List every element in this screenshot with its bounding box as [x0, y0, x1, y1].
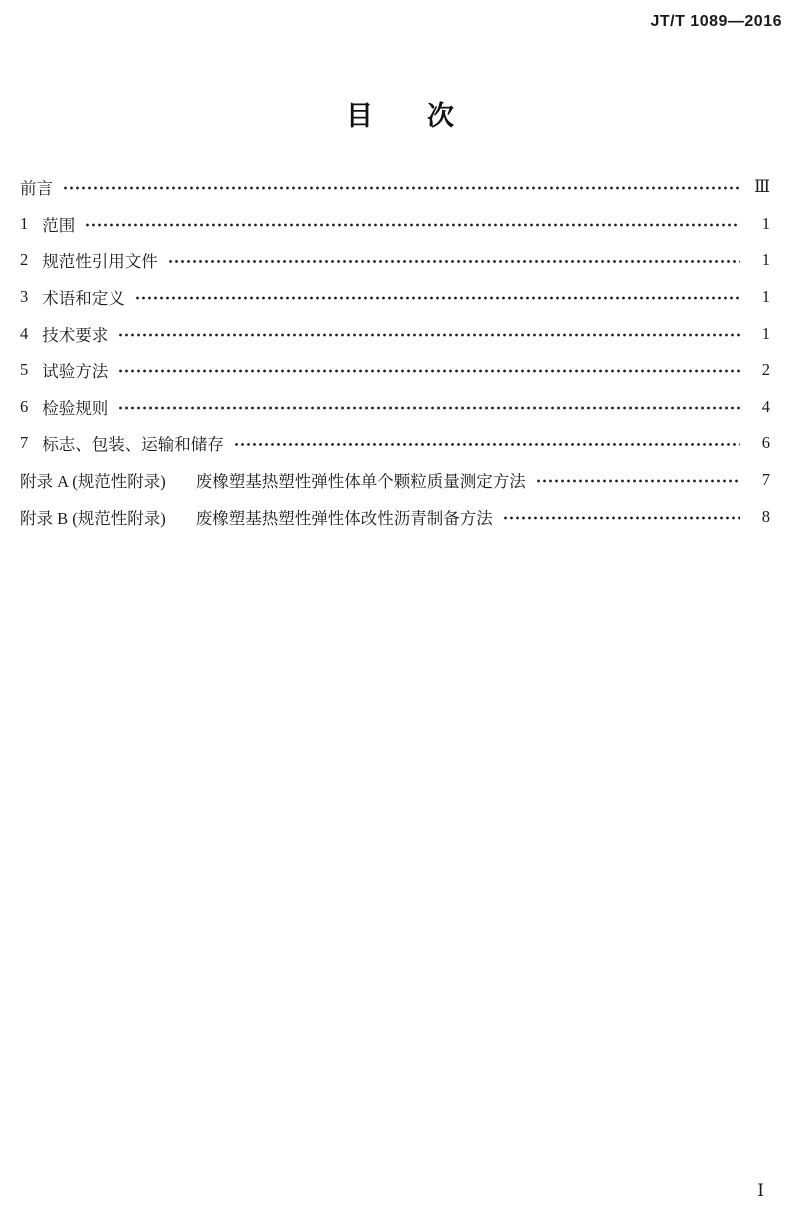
toc-entry-title: 试验方法: [42, 358, 108, 382]
toc-dot-leader: [118, 397, 740, 417]
toc-entry-page: 8: [748, 507, 770, 527]
toc-entry-appendix-b: 附录 B (规范性附录) 废橡塑基热塑性弹性体改性沥青制备方法 8: [20, 498, 770, 535]
page-footer: Ⅰ: [757, 1181, 764, 1201]
toc-entry-test-methods: 5 试验方法 2: [20, 352, 770, 389]
toc-dot-leader: [536, 470, 740, 490]
toc-entry-title: 废橡塑基热塑性弹性体单个颗粒质量测定方法: [196, 468, 526, 492]
document-header: JT/T 1089—2016: [650, 13, 782, 31]
toc-entry-page: 1: [748, 250, 770, 270]
toc-entry-number: 2: [20, 250, 28, 270]
toc-entry-number: 7: [20, 433, 28, 453]
toc-entry-title: 技术要求: [42, 322, 108, 346]
toc-dot-leader: [63, 177, 740, 197]
toc-dot-leader: [135, 287, 740, 307]
toc-dot-leader: [85, 214, 740, 234]
toc-entry-title: 术语和定义: [42, 285, 125, 309]
toc-entry-title: 标志、包装、运输和储存: [42, 431, 224, 455]
toc-entry-inspection-rules: 6 检验规则 4: [20, 389, 770, 426]
toc-entry-page: 2: [748, 360, 770, 380]
toc-entry-number: 6: [20, 397, 28, 417]
toc-entry-number: 附录 A (规范性附录): [20, 468, 166, 492]
toc-dot-leader: [118, 360, 740, 380]
toc-dot-leader: [168, 251, 740, 271]
toc-entry-number: 1: [20, 214, 28, 234]
toc-dot-leader: [234, 434, 740, 454]
toc-entry-page: 1: [748, 287, 770, 307]
toc-entry-technical-requirements: 4 技术要求 1: [20, 315, 770, 352]
page-number: Ⅰ: [757, 1181, 764, 1200]
toc-entry-terms-definitions: 3 术语和定义 1: [20, 279, 770, 316]
toc-dot-leader: [503, 507, 740, 527]
toc-entry-page: Ⅲ: [748, 177, 770, 197]
toc-dot-leader: [118, 324, 740, 344]
standard-number: JT/T 1089—2016: [650, 13, 782, 30]
toc-entry-number: 4: [20, 324, 28, 344]
toc-entry-marking-packaging: 7 标志、包装、运输和储存 6: [20, 425, 770, 462]
toc-entry-page: 1: [748, 214, 770, 234]
page-title: 目 次: [0, 94, 800, 133]
toc-entry-number: 附录 B (规范性附录): [20, 505, 166, 529]
document-page: JT/T 1089—2016 目 次 前言 Ⅲ 1 范围 1 2 规范性引用文件…: [0, 0, 800, 1223]
toc-entry-page: 1: [748, 324, 770, 344]
toc-entry-page: 6: [748, 433, 770, 453]
toc-entry-title: 范围: [42, 212, 75, 236]
toc-entry-title: 检验规则: [42, 395, 108, 419]
toc-entry-title: 废橡塑基热塑性弹性体改性沥青制备方法: [196, 505, 493, 529]
toc-entry-foreword: 前言 Ⅲ: [20, 169, 770, 206]
toc-entry-scope: 1 范围 1: [20, 206, 770, 243]
toc-entry-number: 3: [20, 287, 28, 307]
toc-entry-page: 7: [748, 470, 770, 490]
table-of-contents: 前言 Ⅲ 1 范围 1 2 规范性引用文件 1 3 术语和定义 1 4 技术要求…: [20, 169, 770, 535]
toc-entry-number: 5: [20, 360, 28, 380]
toc-entry-appendix-a: 附录 A (规范性附录) 废橡塑基热塑性弹性体单个颗粒质量测定方法 7: [20, 462, 770, 499]
toc-entry-page: 4: [748, 397, 770, 417]
toc-entry-normative-references: 2 规范性引用文件 1: [20, 242, 770, 279]
toc-entry-title: 前言: [20, 175, 53, 199]
toc-entry-title: 规范性引用文件: [42, 248, 158, 272]
